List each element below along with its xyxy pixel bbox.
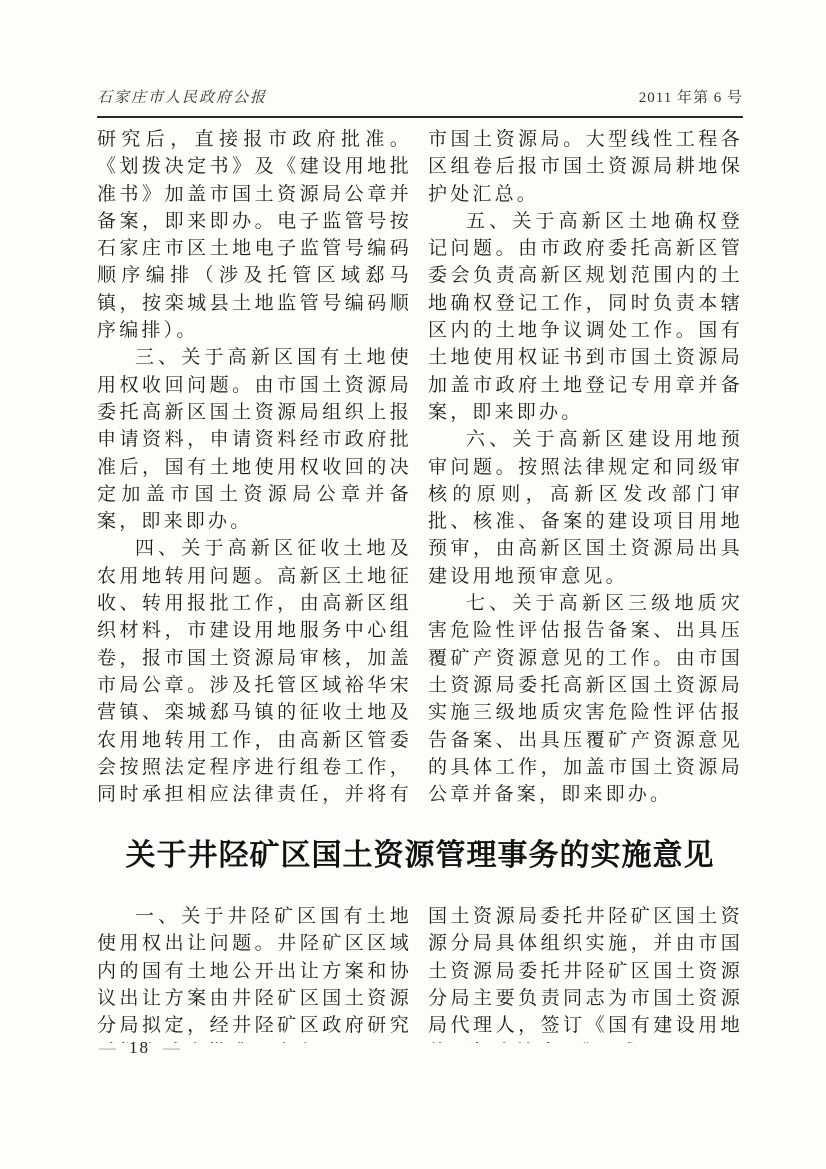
section1-right-column: 市国土资源局。大型线性工程各区组卷后报市国土资源局耕地保护处汇总。五、关于高新区… <box>428 126 743 804</box>
paragraph: 研究后，直接报市政府批准。《划拨决定书》及《建设用地批准书》加盖市国土资源局公章… <box>97 126 412 344</box>
paragraph: 四、关于高新区征收土地及农用地转用问题。高新区土地征收、转用报批工作，由高新区组… <box>97 535 412 804</box>
issue-number: 2011 年第 6 号 <box>639 86 743 107</box>
section-title: 关于井陉矿区国土资源管理事务的实施意见 <box>97 830 743 874</box>
section1-left-column: 研究后，直接报市政府批准。《划拨决定书》及《建设用地批准书》加盖市国土资源局公章… <box>97 126 412 804</box>
paragraph: 五、关于高新区土地确权登记问题。由市政府委托高新区管委会负责高新区规划范围内的土… <box>428 208 743 426</box>
page-header: 石家庄市人民政府公报 2011 年第 6 号 <box>97 86 743 118</box>
section2-left-column: 一、关于井陉矿区国有土地使用权出让问题。井陉矿区区域内的国有土地公开出让方案和协… <box>97 903 412 1043</box>
gazette-page: 石家庄市人民政府公报 2011 年第 6 号 研究后，直接报市政府批准。《划拨决… <box>0 0 826 1169</box>
folio-right-dash: — <box>163 1038 180 1058</box>
paragraph: 七、关于高新区三级地质灾害危险性评估报告备案、出具压覆矿产资源意见的工作。由市国… <box>428 590 743 804</box>
folio-left-dash: — <box>99 1038 116 1058</box>
paragraph: 国土资源局委托井陉矿区国土资源分局具体组织实施，并由市国土资源局委托井陉矿区国土… <box>428 903 743 1043</box>
paragraph: 一、关于井陉矿区国有土地使用权出让问题。井陉矿区区域内的国有土地公开出让方案和协… <box>97 903 412 1043</box>
page-number: — 18 — <box>99 1038 180 1058</box>
section1-columns: 研究后，直接报市政府批准。《划拨决定书》及《建设用地批准书》加盖市国土资源局公章… <box>97 126 743 804</box>
section2-columns: 一、关于井陉矿区国有土地使用权出让问题。井陉矿区区域内的国有土地公开出让方案和协… <box>97 903 743 1043</box>
gazette-title: 石家庄市人民政府公报 <box>97 86 267 107</box>
paragraph: 六、关于高新区建设用地预审问题。按照法律规定和同级审核的原则，高新区发改部门审批… <box>428 426 743 590</box>
section2-right-column: 国土资源局委托井陉矿区国土资源分局具体组织实施，并由市国土资源局委托井陉矿区国土… <box>428 903 743 1043</box>
paragraph: 市国土资源局。大型线性工程各区组卷后报市国土资源局耕地保护处汇总。 <box>428 126 743 208</box>
folio-number: 18 <box>129 1038 150 1058</box>
paragraph: 三、关于高新区国有土地使用权收回问题。由市国土资源局委托高新区国土资源局组织上报… <box>97 344 412 535</box>
